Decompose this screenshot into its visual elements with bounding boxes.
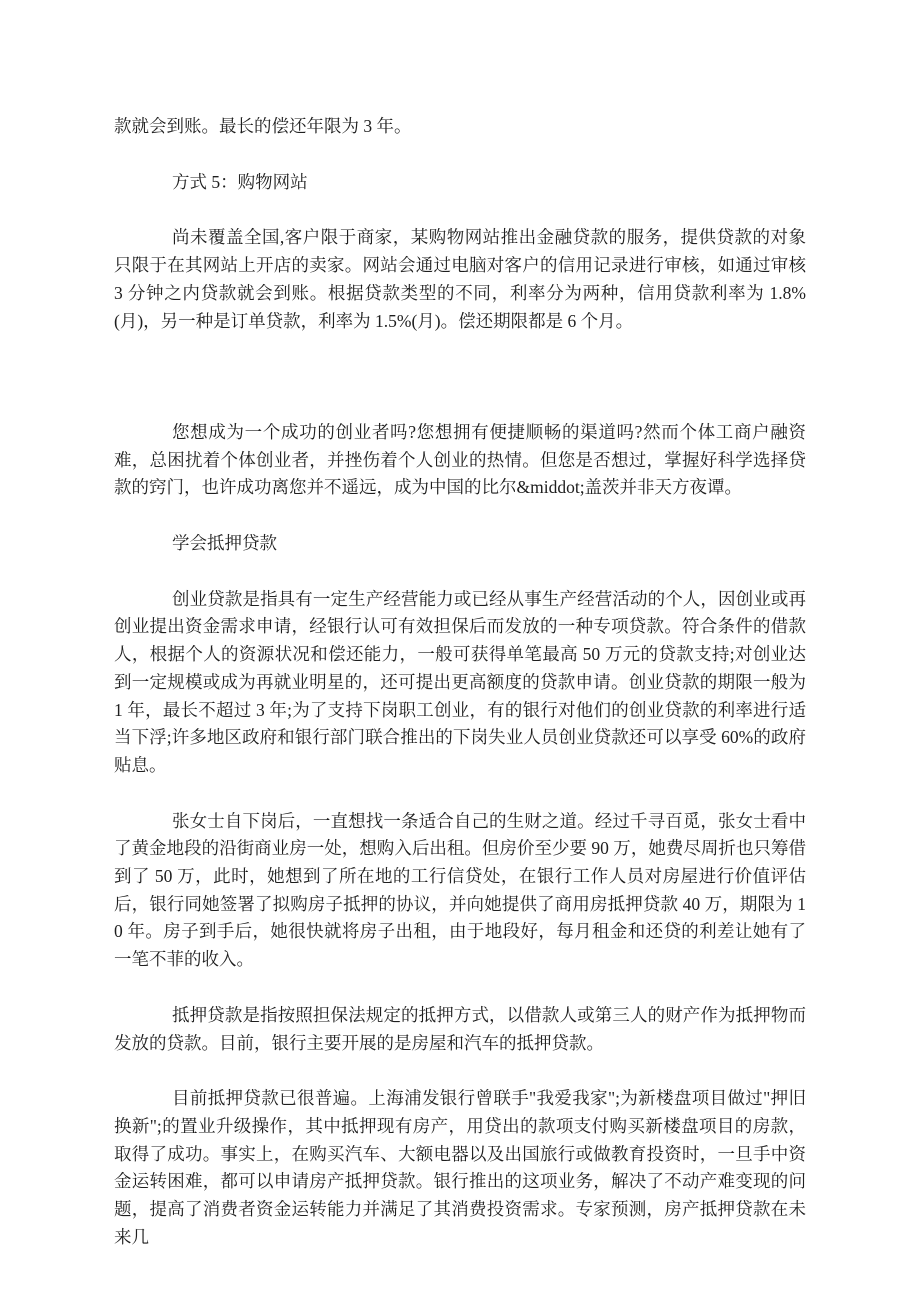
document-body: 款就会到账。最长的偿还年限为 3 年。 方式 5：购物网站 尚未覆盖全国,客户限… — [0, 0, 920, 1302]
paragraph-mortgage-popularity: 目前抵押贷款已很普遍。上海浦发银行曾联手"我爱我家";为新楼盘项目做过"押旧换新… — [114, 1085, 806, 1251]
paragraph-entrepreneur-intro: 您想成为一个成功的创业者吗?您想拥有便捷顺畅的渠道吗?然而个体工商户融资难，总困… — [114, 419, 806, 502]
section-heading-mortgage: 学会抵押贷款 — [114, 530, 806, 558]
section-heading-method-5: 方式 5：购物网站 — [114, 169, 806, 197]
blank-line — [114, 363, 806, 391]
paragraph-ms-zhang-case: 张女士自下岗后，一直想找一条适合自己的生财之道。经过千寻百觅，张女士看中了黄金地… — [114, 808, 806, 974]
paragraph-startup-loan: 创业贷款是指具有一定生产经营能力或已经从事生产经营活动的个人，因创业或再创业提出… — [114, 586, 806, 780]
paragraph-continuation: 款就会到账。最长的偿还年限为 3 年。 — [114, 113, 806, 141]
paragraph-mortgage-definition: 抵押贷款是指按照担保法规定的抵押方式，以借款人或第三人的财产作为抵押物而发放的贷… — [114, 1002, 806, 1057]
paragraph-shopping-site: 尚未覆盖全国,客户限于商家，某购物网站推出金融贷款的服务，提供贷款的对象只限于在… — [114, 224, 806, 335]
document-page: { "page": { "background_color": "#ffffff… — [0, 0, 920, 1302]
